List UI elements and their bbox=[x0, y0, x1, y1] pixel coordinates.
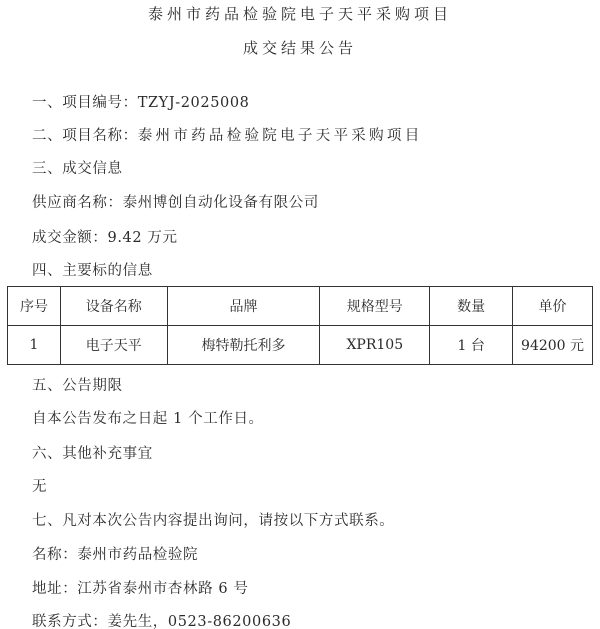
cell-brand: 梅特勒托利多 bbox=[167, 326, 320, 365]
period-text: 自本公告发布之日起 1 个工作日。 bbox=[32, 407, 264, 428]
main-items-heading: 四、主要标的信息 bbox=[32, 259, 153, 280]
contact-address: 地址：江苏省泰州市杏林路 6 号 bbox=[32, 577, 249, 598]
table-header-row: 序号 设备名称 品牌 规格型号 数量 单价 bbox=[8, 287, 593, 326]
document-title: 泰州市药品检验院电子天平采购项目 bbox=[0, 3, 600, 24]
header-device-name: 设备名称 bbox=[60, 287, 167, 326]
header-model: 规格型号 bbox=[320, 287, 430, 326]
cell-unit-price: 94200 元 bbox=[513, 326, 593, 365]
deal-info-heading: 三、成交信息 bbox=[32, 157, 123, 178]
contact-heading: 七、凡对本次公告内容提出询问，请按以下方式联系。 bbox=[32, 509, 394, 530]
project-name-label: 二、项目名称： bbox=[32, 128, 138, 144]
project-name: 二、项目名称：泰州市药品检验院电子天平采购项目 bbox=[32, 124, 423, 145]
other-heading: 六、其他补充事宜 bbox=[32, 442, 153, 463]
document-subtitle: 成交结果公告 bbox=[0, 37, 600, 58]
contact-method: 联系方式：姜先生，0523-86200636 bbox=[32, 610, 291, 629]
supplier-name: 供应商名称：泰州博创自动化设备有限公司 bbox=[32, 191, 319, 212]
header-unit-price: 单价 bbox=[513, 287, 593, 326]
project-number: 一、项目编号：TZYJ-2025008 bbox=[32, 91, 250, 112]
other-text: 无 bbox=[32, 475, 47, 496]
header-index: 序号 bbox=[8, 287, 61, 326]
deal-amount: 成交金额：9.42 万元 bbox=[32, 226, 178, 247]
header-quantity: 数量 bbox=[430, 287, 513, 326]
header-brand: 品牌 bbox=[167, 287, 320, 326]
contact-name: 名称：泰州市药品检验院 bbox=[32, 543, 198, 564]
cell-device-name: 电子天平 bbox=[60, 326, 167, 365]
cell-index: 1 bbox=[8, 326, 61, 365]
items-table: 序号 设备名称 品牌 规格型号 数量 单价 1 电子天平 梅特勒托利多 XPR1… bbox=[7, 286, 593, 365]
period-heading: 五、公告期限 bbox=[32, 374, 123, 395]
cell-quantity: 1 台 bbox=[430, 326, 513, 365]
cell-model: XPR105 bbox=[320, 326, 430, 365]
project-name-value: 泰州市药品检验院电子天平采购项目 bbox=[138, 128, 423, 144]
table-row: 1 电子天平 梅特勒托利多 XPR105 1 台 94200 元 bbox=[8, 326, 593, 365]
